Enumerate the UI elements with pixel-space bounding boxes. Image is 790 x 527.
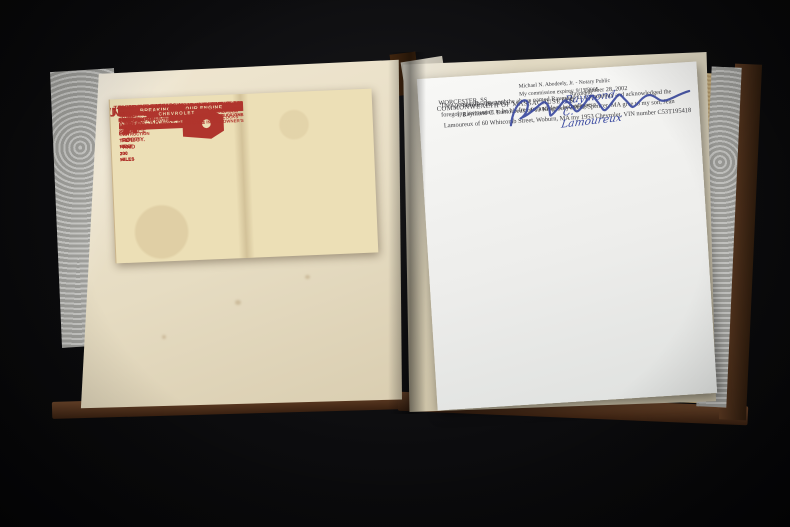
letter-content: October 28, 2002 I, Raymond C. Lamoureux…: [417, 62, 717, 411]
chevrolet-caution-card: WHEN DRAINING COOLING SYSTEM DURING FREE…: [109, 89, 379, 264]
age-spot: [235, 300, 241, 305]
age-spot: [162, 335, 166, 339]
gift-letter-document: October 28, 2002 I, Raymond C. Lamoureux…: [417, 62, 717, 411]
notary-signature-block: Michael N. Abodeely, Jr. - Notary Public…: [503, 79, 703, 92]
photo-backdrop: WHEN DRAINING COOLING SYSTEM DURING FREE…: [0, 0, 790, 527]
caution-card-right-panel: CAUTION TO OWNERS BREAKING-IN YOUR ENGIN…: [109, 94, 250, 263]
age-spot: [305, 275, 310, 279]
